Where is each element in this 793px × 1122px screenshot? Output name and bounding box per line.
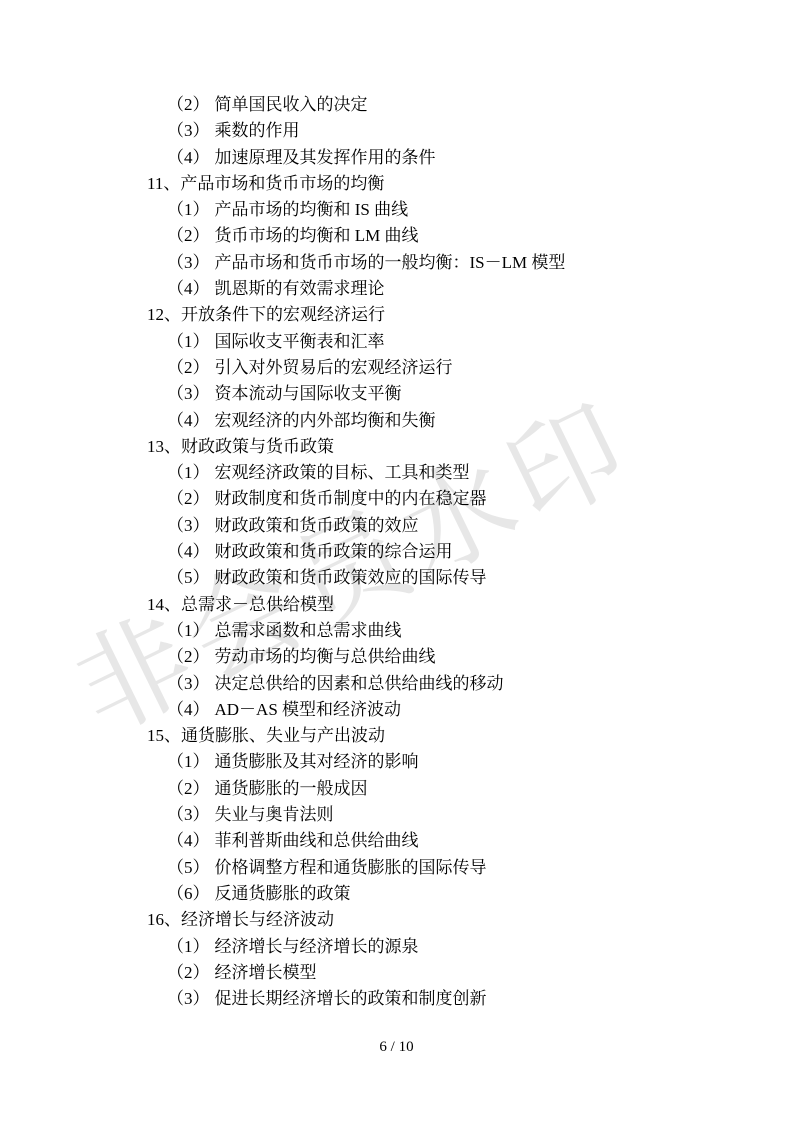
row-text: 简单国民收入的决定 [215,95,368,114]
row-text: 通货膨胀及其对经济的影响 [215,752,419,771]
outline-row: （3）失业与奥肯法则 [0,802,793,828]
row-marker: （6） [167,884,210,903]
row-text: 国际收支平衡表和汇率 [215,332,385,351]
row-text: 劳动市场的均衡与总供给曲线 [215,647,436,666]
row-marker: （1） [167,937,210,956]
outline-row: 15、通货膨胀、失业与产出波动 [0,723,793,749]
outline-row: 14、总需求－总供给模型 [0,592,793,618]
outline-row: （3）财政政策和货币政策的效应 [0,513,793,539]
row-text: 总需求－总供给模型 [181,595,334,614]
outline-row: 12、开放条件下的宏观经济运行 [0,302,793,328]
outline-row: （2）财政制度和货币制度中的内在稳定器 [0,486,793,512]
row-marker: （3） [167,121,210,140]
row-marker: （2） [167,95,210,114]
row-marker: （3） [167,674,210,693]
row-marker: （1） [167,332,210,351]
outline-row: （2）货币市场的均衡和 LM 曲线 [0,223,793,249]
row-text: 乘数的作用 [215,121,300,140]
row-text: 宏观经济政策的目标、工具和类型 [215,463,470,482]
page-number: 6 / 10 [0,1038,793,1056]
row-marker: 15、 [147,726,181,745]
row-marker: 11、 [147,174,180,193]
row-text: 引入对外贸易后的宏观经济运行 [215,358,453,377]
row-marker: （3） [167,384,210,403]
outline-row: （1）宏观经济政策的目标、工具和类型 [0,460,793,486]
row-text: 加速原理及其发挥作用的条件 [215,148,436,167]
outline-row: （4）菲利普斯曲线和总供给曲线 [0,828,793,854]
outline-row: （1）经济增长与经济增长的源泉 [0,934,793,960]
outline: （2）简单国民收入的决定（3）乘数的作用（4）加速原理及其发挥作用的条件11、产… [0,92,793,1012]
row-marker: （4） [167,700,210,719]
outline-row: （3）产品市场和货币市场的一般均衡：IS－LM 模型 [0,250,793,276]
row-text: 财政政策与货币政策 [181,437,334,456]
row-text: 价格调整方程和通货膨胀的国际传导 [215,858,487,877]
row-text: 开放条件下的宏观经济运行 [181,305,385,324]
outline-row: （3）乘数的作用 [0,118,793,144]
row-text: 菲利普斯曲线和总供给曲线 [215,831,419,850]
row-text: 通货膨胀、失业与产出波动 [181,726,385,745]
outline-row: （2）劳动市场的均衡与总供给曲线 [0,644,793,670]
row-text: 宏观经济的内外部均衡和失衡 [215,411,436,430]
row-marker: （5） [167,568,210,587]
row-text: 产品市场和货币市场的均衡 [180,174,384,193]
row-text: 货币市场的均衡和 LM 曲线 [215,226,419,245]
outline-row: （4）财政政策和货币政策的综合运用 [0,539,793,565]
row-text: 总需求函数和总需求曲线 [215,621,402,640]
row-text: 失业与奥肯法则 [215,805,334,824]
row-marker: （2） [167,489,210,508]
row-text: 财政政策和货币政策的效应 [215,516,419,535]
row-marker: （4） [167,279,210,298]
outline-row: （1）国际收支平衡表和汇率 [0,329,793,355]
outline-row: 11、产品市场和货币市场的均衡 [0,171,793,197]
row-marker: （3） [167,989,210,1008]
outline-row: （1）产品市场的均衡和 IS 曲线 [0,197,793,223]
outline-row: （4）凯恩斯的有效需求理论 [0,276,793,302]
row-text: 反通货膨胀的政策 [215,884,351,903]
outline-row: （1）通货膨胀及其对经济的影响 [0,749,793,775]
outline-row: （2）通货膨胀的一般成因 [0,776,793,802]
outline-row: （4）AD－AS 模型和经济波动 [0,697,793,723]
row-text: 经济增长与经济波动 [181,910,334,929]
row-marker: （1） [167,621,210,640]
row-marker: （1） [167,752,210,771]
row-text: 财政政策和货币政策效应的国际传导 [215,568,487,587]
row-marker: （3） [167,516,210,535]
row-text: AD－AS 模型和经济波动 [215,700,402,719]
row-marker: 16、 [147,910,181,929]
outline-row: （5）价格调整方程和通货膨胀的国际传导 [0,855,793,881]
row-text: 经济增长与经济增长的源泉 [215,937,419,956]
row-marker: （2） [167,963,210,982]
row-marker: （5） [167,858,210,877]
outline-row: 16、经济增长与经济波动 [0,907,793,933]
row-text: 产品市场的均衡和 IS 曲线 [215,200,409,219]
row-marker: （4） [167,542,210,561]
outline-row: （4）加速原理及其发挥作用的条件 [0,145,793,171]
row-marker: 13、 [147,437,181,456]
row-text: 通货膨胀的一般成因 [215,779,368,798]
outline-row: （3）资本流动与国际收支平衡 [0,381,793,407]
outline-row: 13、财政政策与货币政策 [0,434,793,460]
row-marker: （2） [167,779,210,798]
row-text: 产品市场和货币市场的一般均衡：IS－LM 模型 [215,253,566,272]
document-page: 非会员水印 （2）简单国民收入的决定（3）乘数的作用（4）加速原理及其发挥作用的… [0,0,793,1122]
row-marker: （1） [167,463,210,482]
outline-row: （6）反通货膨胀的政策 [0,881,793,907]
row-marker: （2） [167,647,210,666]
row-text: 经济增长模型 [215,963,317,982]
row-text: 凯恩斯的有效需求理论 [215,279,385,298]
row-marker: 12、 [147,305,181,324]
outline-row: （3）决定总供给的因素和总供给曲线的移动 [0,671,793,697]
row-marker: （4） [167,148,210,167]
outline-row: （4）宏观经济的内外部均衡和失衡 [0,408,793,434]
row-marker: （2） [167,358,210,377]
row-text: 财政制度和货币制度中的内在稳定器 [215,489,487,508]
row-text: 促进长期经济增长的政策和制度创新 [215,989,487,1008]
row-marker: （3） [167,253,210,272]
row-marker: （4） [167,411,210,430]
row-marker: （4） [167,831,210,850]
row-text: 财政政策和货币政策的综合运用 [215,542,453,561]
outline-row: （1）总需求函数和总需求曲线 [0,618,793,644]
outline-row: （5）财政政策和货币政策效应的国际传导 [0,565,793,591]
row-marker: （3） [167,805,210,824]
row-text: 决定总供给的因素和总供给曲线的移动 [215,674,504,693]
row-text: 资本流动与国际收支平衡 [215,384,402,403]
outline-row: （2）引入对外贸易后的宏观经济运行 [0,355,793,381]
row-marker: （1） [167,200,210,219]
outline-row: （2）简单国民收入的决定 [0,92,793,118]
outline-row: （3）促进长期经济增长的政策和制度创新 [0,986,793,1012]
row-marker: （2） [167,226,210,245]
outline-row: （2）经济增长模型 [0,960,793,986]
row-marker: 14、 [147,595,181,614]
